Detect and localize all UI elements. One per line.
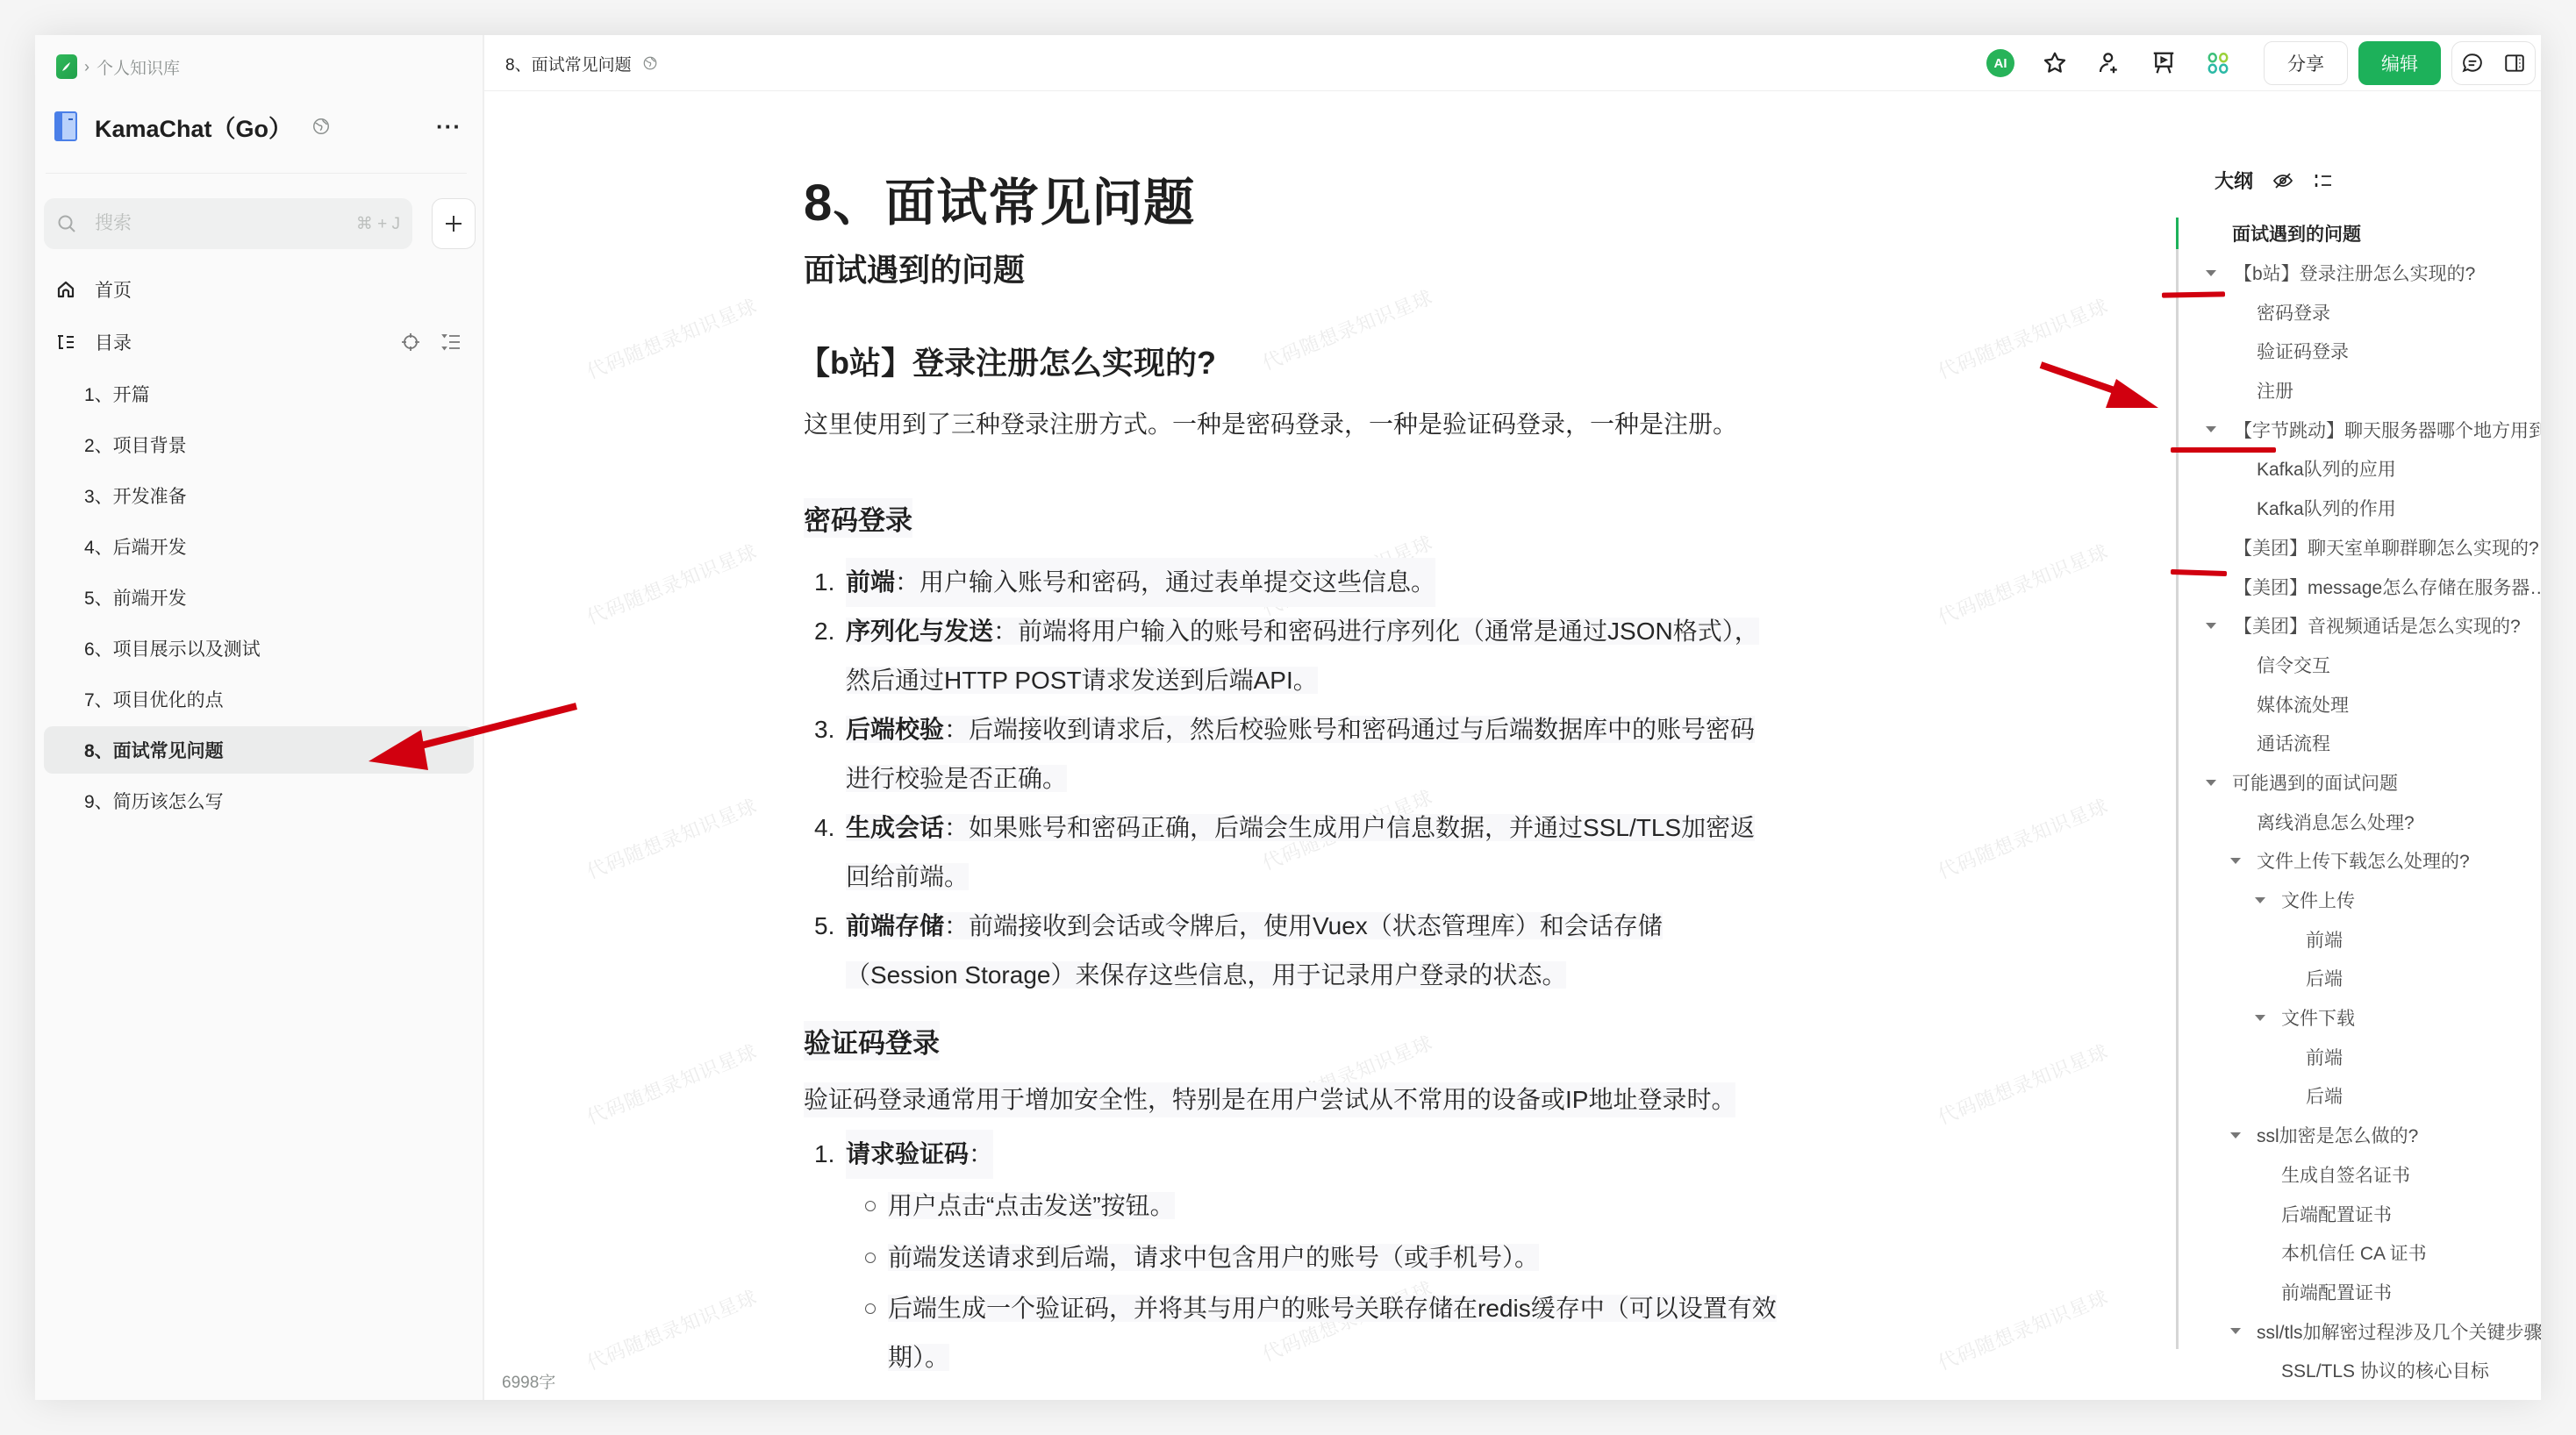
watermark: 代码随想录知识星球 xyxy=(1934,537,2113,630)
collapse-list-icon[interactable] xyxy=(440,332,462,353)
side-panel-icon[interactable] xyxy=(2503,52,2526,75)
toc-item-active[interactable]: 8、面试常见问题 xyxy=(44,726,474,774)
main-area: 8、面试常见问题 AI 分享 编 xyxy=(484,35,2541,1400)
book-icon xyxy=(54,111,77,141)
caret-down-icon[interactable] xyxy=(2230,1132,2241,1139)
outline-item[interactable]: 本机信任 CA 证书 xyxy=(2179,1233,2541,1273)
toc-item[interactable]: 4、后端开发 xyxy=(44,523,474,570)
bullet-item: 前端发送请求到后端，请求中包含用户的账号（或手机号）。 xyxy=(804,1233,1839,1282)
outline-item-label: 离线消息怎么处理? xyxy=(2257,809,2541,835)
outline-item-label: 前端 xyxy=(2306,1044,2541,1070)
outline-item-label: Kafka队列的作用 xyxy=(2257,495,2541,521)
outline-header: 大纲 xyxy=(2215,167,2334,194)
heading-interview-questions: 面试遇到的问题 xyxy=(804,246,1025,290)
toc-item[interactable]: 1、开篇 xyxy=(44,370,474,418)
outline-item[interactable]: 【字节跳动】聊天服务器哪个地方用到… xyxy=(2179,410,2541,449)
eye-off-icon[interactable] xyxy=(2272,170,2293,191)
ai-icon: AI xyxy=(1986,49,2014,77)
toc-item[interactable]: 5、前端开发 xyxy=(44,574,474,621)
outline-item[interactable]: 【美团】message怎么存储在服务器上… xyxy=(2179,567,2541,606)
edit-button[interactable]: 编辑 xyxy=(2358,41,2441,85)
caret-down-icon[interactable] xyxy=(2206,426,2216,432)
toolbar: AI 分享 编辑 xyxy=(1965,35,2536,91)
outline-item-label: 【b站】登录注册怎么实现的? xyxy=(2234,260,2541,286)
nav-home[interactable]: 首页 xyxy=(54,272,462,307)
outline-item-label: 后端配置证书 xyxy=(2281,1201,2541,1227)
favorite-button[interactable] xyxy=(2036,44,2074,82)
word-count: 6998字 xyxy=(502,1369,555,1393)
toc-icon xyxy=(54,331,77,353)
panel-button-group xyxy=(2451,41,2536,85)
watermark: 代码随想录知识星球 xyxy=(583,1282,762,1375)
bullet-item: 后端生成一个验证码，并将其与用户的账号关联存储在redis缓存中（可以设置有效期… xyxy=(804,1284,1839,1382)
top-bar: 8、面试常见问题 AI 分享 编 xyxy=(484,35,2541,91)
globe-icon xyxy=(311,117,331,136)
outline-item-label: 【美团】音视频通话是怎么实现的? xyxy=(2234,612,2541,639)
outline-item[interactable]: 【美团】音视频通话是怎么实现的? xyxy=(2179,606,2541,646)
search-box[interactable]: ⌘ + J xyxy=(44,198,412,249)
hollow-bullet-icon xyxy=(865,1303,876,1314)
watermark: 代码随想录知识星球 xyxy=(1934,1282,2113,1375)
document-title: 8、面试常见问题 xyxy=(804,161,1195,235)
caret-down-icon[interactable] xyxy=(2206,780,2216,786)
doc-breadcrumb-title[interactable]: 8、面试常见问题 xyxy=(505,52,632,75)
outline-item-label: 验证码登录 xyxy=(2257,338,2541,364)
book-header: KamaChat（Go） ··· xyxy=(54,107,462,146)
toc-item[interactable]: 9、简历该怎么写 xyxy=(44,777,474,825)
outline-item-label: 注册 xyxy=(2257,377,2541,403)
outline-item-label: 文件下载 xyxy=(2281,1004,2541,1031)
outline-item-label: 本机信任 CA 证书 xyxy=(2281,1239,2541,1266)
outline-item-label: ssl加密是怎么做的? xyxy=(2257,1122,2541,1148)
outline-item[interactable]: 前端 xyxy=(2179,1037,2541,1076)
outline-item-label: 前端配置证书 xyxy=(2281,1279,2541,1305)
toc-item[interactable]: 2、项目背景 xyxy=(44,421,474,468)
outline-item[interactable]: ssl加密是怎么做的? xyxy=(2179,1116,2541,1155)
chevron-right-icon: › xyxy=(84,58,89,76)
outline-item-label: 媒体流处理 xyxy=(2257,691,2541,717)
outline-item[interactable]: 验证码登录 xyxy=(2179,332,2541,371)
apps-button[interactable] xyxy=(2199,44,2237,82)
search-input[interactable] xyxy=(95,213,356,234)
breadcrumb-knowledge-base[interactable]: 个人知识库 xyxy=(97,55,180,79)
outline-item-label: SSL/TLS 协议的核心目标 xyxy=(2281,1357,2541,1383)
outline-item[interactable]: SSL/TLS 协议的核心目标 xyxy=(2179,1351,2541,1390)
nav-toc-label: 目录 xyxy=(95,329,132,355)
presentation-button[interactable] xyxy=(2144,44,2183,82)
outline-item-label: 【美团】message怎么存储在服务器上… xyxy=(2234,574,2541,600)
hollow-bullet-icon xyxy=(865,1201,876,1211)
more-options-button[interactable]: ··· xyxy=(436,115,462,138)
caret-down-icon[interactable] xyxy=(2255,1015,2265,1021)
outline-item[interactable]: Kafka队列的作用 xyxy=(2179,489,2541,528)
caret-down-icon[interactable] xyxy=(2206,623,2216,629)
watermark: 代码随想录知识星球 xyxy=(583,791,762,884)
book-title[interactable]: KamaChat（Go） xyxy=(95,110,292,144)
outline-item-label: 后端 xyxy=(2306,965,2541,991)
outline-item-label: 【字节跳动】聊天服务器哪个地方用到… xyxy=(2234,417,2541,443)
outline-item[interactable]: 密码登录 xyxy=(2179,292,2541,332)
ai-button[interactable]: AI xyxy=(1981,44,2020,82)
watermark: 代码随想录知识星球 xyxy=(1934,1037,2113,1130)
globe-icon xyxy=(642,55,658,71)
add-collaborator-icon xyxy=(2096,50,2122,76)
outline-item[interactable]: 可能遇到的面试问题 xyxy=(2179,763,2541,803)
list-item: 3. 后端校验：后端接收到请求后，然后校验账号和密码通过与后端数据库中的账号密码… xyxy=(804,705,1857,803)
outline-item-label: 面试遇到的问题 xyxy=(2232,220,2541,246)
outline-item[interactable]: Kafka队列的应用 xyxy=(2179,449,2541,489)
app-window: › 个人知识库 KamaChat（Go） ··· ⌘ + J 首页 xyxy=(35,35,2541,1400)
search-shortcut: ⌘ + J xyxy=(356,214,400,234)
comment-icon[interactable] xyxy=(2461,52,2484,75)
outline-item-label: 【美团】聊天室单聊群聊怎么实现的? … xyxy=(2234,534,2541,560)
outline-item[interactable]: 离线消息怎么处理? xyxy=(2179,802,2541,841)
caret-down-icon[interactable] xyxy=(2206,270,2216,276)
outline-title: 大纲 xyxy=(2215,167,2253,194)
outline-item[interactable]: 前端配置证书 xyxy=(2179,1273,2541,1312)
outline-item-label: ssl/tls加解密过程涉及几个关键步骤? xyxy=(2257,1318,2541,1345)
hollow-bullet-icon xyxy=(865,1253,876,1263)
outline-item-label: Kafka队列的应用 xyxy=(2257,455,2541,482)
heading-password-login: 密码登录 xyxy=(804,498,912,538)
heading-code-login: 验证码登录 xyxy=(804,1021,940,1060)
add-button[interactable] xyxy=(432,198,476,249)
list-item: 4. 生成会话：如果账号和密码正确，后端会生成用户信息数据，并通过SSL/TLS… xyxy=(804,803,1857,902)
nav-toc[interactable]: 目录 xyxy=(54,325,462,360)
heading-bilibili-login: 【b站】登录注册怎么实现的? xyxy=(798,339,1216,383)
watermark: 代码随想录知识星球 xyxy=(583,1037,762,1130)
divider xyxy=(46,173,467,174)
outline-item-label: 信令交互 xyxy=(2257,652,2541,678)
outline-item[interactable]: 面试遇到的问题 xyxy=(2179,214,2541,253)
outline-panel: 大纲 面试遇到的问题【b站】登录注册怎么实现的?密码登录验证码登录注册【字节跳动… xyxy=(2162,91,2541,1400)
toc-item[interactable]: 7、项目优化的点 xyxy=(44,675,474,723)
toc-item[interactable]: 3、开发准备 xyxy=(44,472,474,519)
share-button[interactable]: 分享 xyxy=(2264,41,2348,85)
outline-item[interactable]: 生成自签名证书 xyxy=(2179,1155,2541,1195)
sidebar: › 个人知识库 KamaChat（Go） ··· ⌘ + J 首页 xyxy=(35,35,484,1400)
outline-item[interactable]: ssl/tls加解密过程涉及几个关键步骤? xyxy=(2179,1311,2541,1351)
bullet-item: 用户点击“点击发送”按钮。 xyxy=(804,1182,1839,1231)
outline-item[interactable]: 文件下载 xyxy=(2179,998,2541,1038)
outline-item-label: 后端 xyxy=(2306,1082,2541,1109)
outline-item[interactable]: 媒体流处理 xyxy=(2179,684,2541,724)
outline-item-label: 可能遇到的面试问题 xyxy=(2232,769,2541,796)
outline-item[interactable]: 注册 xyxy=(2179,371,2541,411)
outline-item-label: 文件上传 xyxy=(2281,887,2541,913)
outline-item[interactable]: 信令交互 xyxy=(2179,646,2541,685)
home-icon xyxy=(54,278,77,301)
locate-icon[interactable] xyxy=(400,332,421,353)
presentation-icon xyxy=(2150,50,2177,76)
toc-list: 1、开篇 2、项目背景 3、开发准备 4、后端开发 5、前端开发 6、项目展示以… xyxy=(44,370,474,828)
watermark: 代码随想录知识星球 xyxy=(583,291,762,384)
outline-item[interactable]: 文件上传 xyxy=(2179,881,2541,920)
watermark: 代码随想录知识星球 xyxy=(1258,282,1437,375)
breadcrumb: › 个人知识库 xyxy=(56,53,180,81)
code-login-intro: 验证码登录通常用于增加安全性，特别是在用户尝试从不常用的设备或IP地址登录时。 xyxy=(804,1082,1735,1117)
add-collaborator-button[interactable] xyxy=(2090,44,2129,82)
watermark: 代码随想录知识星球 xyxy=(583,537,762,630)
outline-list-icon[interactable] xyxy=(2313,170,2334,191)
outline-active-indicator xyxy=(2176,218,2179,249)
watermark: 代码随想录知识星球 xyxy=(1934,791,2113,884)
outline-rail xyxy=(2176,218,2179,1349)
caret-down-icon[interactable] xyxy=(2230,1328,2241,1334)
outline-item[interactable]: 后端 xyxy=(2179,1076,2541,1116)
list-item: 1. 前端：用户输入账号和密码，通过表单提交这些信息。 xyxy=(804,558,1857,607)
toc-item[interactable]: 6、项目展示以及测试 xyxy=(44,625,474,672)
apps-icon xyxy=(2205,50,2231,76)
outline-item[interactable]: 文件上传下载怎么处理的? xyxy=(2179,841,2541,881)
list-item: 1. 请求验证码： xyxy=(804,1130,1857,1179)
intro-paragraph: 这里使用到了三种登录注册方式。一种是密码登录，一种是验证码登录，一种是注册。 xyxy=(804,407,1737,442)
list-item: 2. 序列化与发送：前端将用户输入的账号和密码进行序列化（通常是通过JSON格式… xyxy=(804,607,1857,705)
search-icon xyxy=(56,213,77,234)
star-icon xyxy=(2042,50,2068,76)
annotation-underline xyxy=(2171,447,2276,453)
caret-down-icon[interactable] xyxy=(2230,858,2241,864)
app-logo-icon[interactable] xyxy=(56,54,77,79)
plus-icon xyxy=(444,214,463,233)
outline-item[interactable]: 前端 xyxy=(2179,919,2541,959)
outline-item-label: 密码登录 xyxy=(2257,299,2541,325)
caret-down-icon[interactable] xyxy=(2255,897,2265,903)
outline-item[interactable]: 【b站】登录注册怎么实现的? xyxy=(2179,253,2541,293)
list-item: 5. 前端存储：前端接收到会话或令牌后，使用Vuex（状态管理库）和会话存储（S… xyxy=(804,902,1857,1000)
outline-item-label: 通话流程 xyxy=(2257,730,2541,756)
annotation-underline xyxy=(2162,291,2225,297)
outline-item[interactable]: 后端配置证书 xyxy=(2179,1194,2541,1233)
outline-item-label: 前端 xyxy=(2306,926,2541,953)
outline-item-label: 生成自签名证书 xyxy=(2281,1161,2541,1188)
outline-item[interactable]: 通话流程 xyxy=(2179,724,2541,763)
outline-item-label: 文件上传下载怎么处理的? xyxy=(2257,847,2541,874)
outline-list: 面试遇到的问题【b站】登录注册怎么实现的?密码登录验证码登录注册【字节跳动】聊天… xyxy=(2179,214,2541,1390)
doc-breadcrumb: 8、面试常见问题 xyxy=(505,35,658,91)
outline-item[interactable]: 后端 xyxy=(2179,959,2541,998)
outline-item[interactable]: 【美团】聊天室单聊群聊怎么实现的? … xyxy=(2179,528,2541,568)
watermark: 代码随想录知识星球 xyxy=(1934,291,2113,384)
nav-home-label: 首页 xyxy=(95,276,132,303)
